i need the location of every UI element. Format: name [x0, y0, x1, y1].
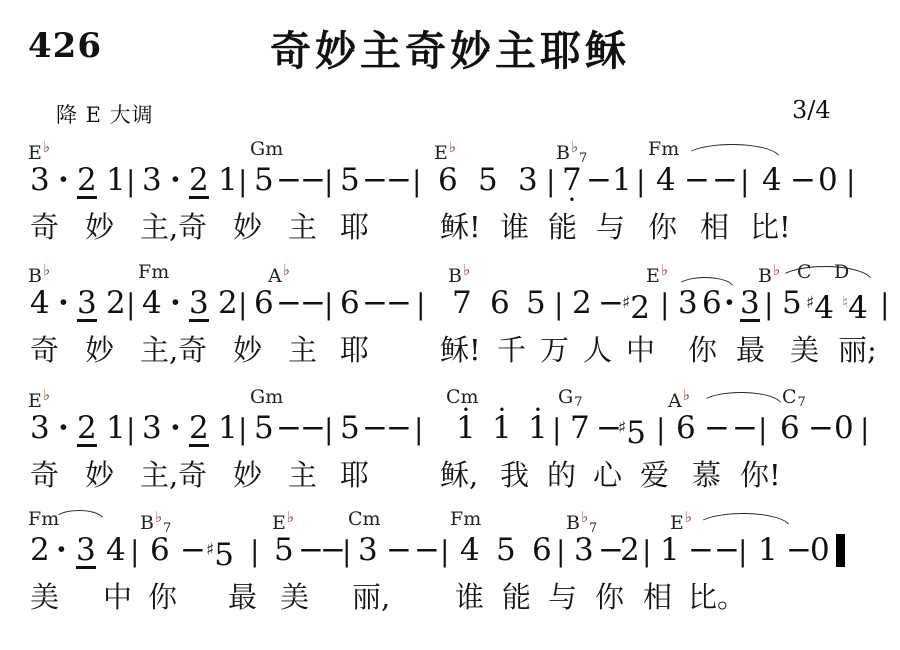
- duration-dot: ·: [170, 410, 181, 446]
- note-number: 3: [76, 535, 96, 569]
- lyric-syllable: 奇: [178, 210, 207, 244]
- barline: |: [556, 534, 565, 570]
- note-number: 3: [142, 162, 162, 198]
- note: 3: [30, 410, 50, 446]
- note-number: −: [714, 532, 740, 568]
- note-number: 5: [274, 532, 294, 568]
- note: 2: [620, 532, 640, 568]
- system-3: E♭GmCmG7A♭C73·21|3·21|5−−|5−−|1•1•1•|7−♯…: [0, 388, 900, 500]
- note-number: 2: [30, 532, 50, 568]
- chord-suffix: 7: [798, 395, 806, 410]
- sustain-dash: −: [300, 410, 326, 446]
- octave-dot-high: •: [534, 404, 541, 416]
- barline: |: [552, 412, 561, 448]
- flat-icon: ♭: [43, 138, 50, 156]
- note-number: 5: [340, 162, 360, 198]
- system-1: E♭GmE♭B♭7Fm3·21|3·21|5−−|5−−|653|7•−1|4−…: [0, 140, 900, 252]
- note-number: 4: [656, 162, 676, 198]
- slur-arc: [54, 510, 104, 520]
- note: 5: [274, 532, 294, 568]
- note: 2: [30, 532, 50, 568]
- note-number: 3: [358, 532, 378, 568]
- sustain-dash: −: [362, 410, 388, 446]
- sharp-icon: ♯: [806, 293, 814, 313]
- chord-label: E♭: [434, 138, 456, 164]
- note-number: −: [704, 410, 730, 446]
- lyric-syllable: 耶: [340, 210, 369, 244]
- note-number: ·: [170, 162, 181, 198]
- note-number: |: [660, 287, 669, 323]
- flat-icon: ♭: [155, 508, 162, 526]
- note: 4: [460, 532, 480, 568]
- lyric-syllable: 谁: [455, 580, 484, 614]
- note-number: |: [846, 164, 855, 200]
- note-number: 1: [612, 162, 632, 198]
- time-signature: 3/4: [792, 96, 831, 124]
- note-number: 3: [678, 285, 698, 321]
- lyric-syllable: 奇: [178, 458, 207, 492]
- system-4: FmB♭7E♭CmFmB♭7E♭2·34|6−♯5|5−−|3−−|456|3−…: [0, 510, 900, 622]
- note-number: 5: [496, 532, 516, 568]
- octave-dot-high: •: [462, 404, 469, 416]
- note: 7: [570, 410, 590, 446]
- sustain-dash: −: [362, 162, 388, 198]
- lyric-syllable: 妙: [233, 458, 262, 492]
- hymn-title: 奇妙主奇妙主耶稣: [0, 18, 900, 77]
- note-number: |: [860, 412, 869, 448]
- flat-icon: ♭: [43, 261, 50, 279]
- duration-dot: ·: [724, 285, 735, 321]
- note-number: |: [324, 412, 333, 448]
- note: 6: [150, 532, 170, 568]
- lyric-syllable: 耶: [340, 333, 369, 367]
- barline: |: [324, 412, 333, 448]
- note: 3: [76, 532, 96, 569]
- chord-label: E♭: [646, 261, 668, 287]
- flat-icon: ♭: [661, 261, 668, 279]
- sharp-icon: ♯: [206, 540, 214, 560]
- barline: |: [324, 287, 333, 323]
- barline: |: [238, 287, 247, 323]
- note-number: |: [130, 534, 139, 570]
- note-number: |: [324, 164, 333, 200]
- lyric-syllable: 丽,: [352, 580, 390, 614]
- chord-label: Fm: [648, 138, 679, 160]
- barline: |: [440, 534, 449, 570]
- note-number: 5: [340, 410, 360, 446]
- note: 2: [77, 162, 97, 199]
- duration-dot: ·: [58, 410, 69, 446]
- chord-label: Fm: [138, 261, 169, 283]
- barline: |: [126, 287, 135, 323]
- note: 5: [254, 162, 274, 198]
- lyric-syllable: 与: [596, 210, 625, 244]
- note: 3: [518, 162, 538, 198]
- note-number: |: [238, 164, 247, 200]
- sustain-dash: −: [276, 285, 302, 321]
- lyric-syllable: 主: [288, 333, 317, 367]
- note-number: ·: [58, 410, 69, 446]
- lyric-syllable: 美: [30, 580, 59, 614]
- note-number: 0: [818, 162, 838, 198]
- note-number: ·: [58, 285, 69, 321]
- note: ♯4: [806, 285, 834, 326]
- sustain-dash: −: [790, 162, 816, 198]
- note-number: 6: [150, 532, 170, 568]
- barline: |: [414, 412, 423, 448]
- lyric-syllable: 万: [540, 333, 569, 367]
- note-number: 0: [810, 532, 830, 568]
- note: 3: [30, 162, 50, 198]
- note-number: −: [386, 410, 412, 446]
- note: 6: [702, 285, 722, 321]
- sustain-dash: −: [276, 162, 302, 198]
- note-number: −: [300, 410, 326, 446]
- note: 1•: [528, 410, 548, 446]
- lyric-syllable: 妙: [85, 458, 114, 492]
- lyric-syllable: 妙: [233, 210, 262, 244]
- lyric-syllable: 主: [288, 458, 317, 492]
- note-number: 3: [189, 288, 209, 322]
- slur-arc: [684, 144, 780, 158]
- note-number: |: [126, 412, 135, 448]
- note-number: −: [386, 162, 412, 198]
- flat-icon: ♭: [581, 508, 588, 526]
- chord-label: E♭: [28, 138, 50, 164]
- lyric-syllable: 妙: [233, 333, 262, 367]
- note: 3: [189, 285, 209, 322]
- lyric-syllable: 与: [548, 580, 577, 614]
- note: 1: [758, 532, 778, 568]
- note-number: |: [412, 164, 421, 200]
- lyric-syllable: 能: [548, 210, 577, 244]
- note: 3: [740, 285, 760, 322]
- barline: |: [342, 534, 351, 570]
- note-number: |: [126, 164, 135, 200]
- lyric-syllable: 丽;: [838, 333, 877, 367]
- note-number: ·: [170, 285, 181, 321]
- note-number: 2: [218, 285, 238, 321]
- flat-icon: ♭: [463, 261, 470, 279]
- system-2: B♭FmA♭B♭E♭B♭CD4·32|4·32|6−−|6−−|765|2−♯2…: [0, 263, 900, 375]
- note-number: 3: [30, 410, 50, 446]
- lyric-syllable: 你!: [740, 458, 781, 492]
- note: 6: [780, 410, 800, 446]
- note-number: −: [386, 285, 412, 321]
- lyric-syllable: 的: [547, 458, 576, 492]
- note-number: 2: [572, 285, 592, 321]
- chord-label: E♭: [670, 508, 692, 534]
- duration-dot: ·: [58, 285, 69, 321]
- barline: |: [758, 412, 767, 448]
- note-number: |: [656, 412, 665, 448]
- note: 5: [340, 410, 360, 446]
- note-number: |: [764, 287, 773, 323]
- sharp-icon: ♯: [618, 418, 626, 438]
- barline: |: [660, 287, 669, 323]
- note: ♯5: [206, 532, 234, 573]
- lyric-syllable: 奇: [30, 458, 59, 492]
- note-number: 3: [740, 288, 760, 322]
- lyric-syllable: 比!: [750, 210, 791, 244]
- note: 6: [532, 532, 552, 568]
- note-number: 7: [570, 410, 590, 446]
- note: 2: [572, 285, 592, 321]
- note-number: |: [126, 287, 135, 323]
- sustain-dash: −: [276, 410, 302, 446]
- note-number: −: [414, 532, 440, 568]
- note-number: 6: [702, 285, 722, 321]
- note: 6: [490, 285, 510, 321]
- note-number: 5: [214, 537, 234, 573]
- note-number: −: [386, 532, 412, 568]
- note: 6: [676, 410, 696, 446]
- barline: |: [546, 164, 555, 200]
- barline: |: [238, 412, 247, 448]
- note-number: |: [324, 287, 333, 323]
- note: 3: [77, 285, 97, 322]
- note-number: 6: [340, 285, 360, 321]
- chord-label: Gm: [250, 138, 283, 160]
- lyric-syllable: 稣!: [440, 210, 481, 244]
- sustain-dash: −: [688, 532, 714, 568]
- lyric-syllable: 你: [648, 210, 677, 244]
- note-number: 4: [814, 290, 834, 326]
- lyric-syllable: 比。: [688, 580, 746, 614]
- note: 1•: [456, 410, 476, 446]
- sustain-dash: −: [808, 410, 834, 446]
- lyric-syllable: 爱: [640, 458, 669, 492]
- lyric-syllable: 耶: [340, 458, 369, 492]
- sustain-dash: −: [684, 162, 710, 198]
- note-number: 0: [834, 410, 854, 446]
- duration-dot: ·: [56, 532, 67, 568]
- note: 2: [218, 285, 238, 321]
- key-signature: 降 E 大调: [56, 99, 154, 129]
- flat-icon: ♭: [43, 386, 50, 404]
- lyric-syllable: 稣,: [440, 458, 478, 492]
- chord-label: B♭: [758, 261, 780, 287]
- barline: |: [126, 164, 135, 200]
- note-number: 3: [142, 410, 162, 446]
- note-number: −: [598, 285, 624, 321]
- lyric-syllable: 美: [790, 333, 819, 367]
- note: 1: [218, 162, 238, 198]
- note-number: 1: [106, 410, 126, 446]
- barline: |: [740, 164, 749, 200]
- note-number: −: [276, 285, 302, 321]
- note-number: ·: [170, 410, 181, 446]
- note-number: 1: [660, 532, 680, 568]
- note: 5: [340, 162, 360, 198]
- note-number: −: [276, 162, 302, 198]
- note-number: |: [414, 412, 423, 448]
- note-number: −: [180, 532, 206, 568]
- lyric-syllable: 美: [280, 580, 309, 614]
- sustain-dash: −: [786, 532, 812, 568]
- lyric-syllable: 你: [688, 333, 717, 367]
- sustain-dash: −: [598, 285, 624, 321]
- note: 4: [762, 162, 782, 198]
- note-number: −: [712, 162, 738, 198]
- chord-label: B♭: [448, 261, 470, 287]
- note-number: 1: [218, 410, 238, 446]
- note-number: 2: [189, 165, 209, 199]
- note-number: |: [440, 534, 449, 570]
- note-number: 4: [460, 532, 480, 568]
- note-number: 2: [630, 290, 650, 326]
- lyric-syllable: 主: [288, 210, 317, 244]
- barline: |: [860, 412, 869, 448]
- note: 2: [189, 162, 209, 199]
- lyric-syllable: 最: [228, 580, 257, 614]
- barline: |: [324, 164, 333, 200]
- note-number: |: [416, 287, 425, 323]
- note-number: 1: [218, 162, 238, 198]
- slur-arc: [700, 392, 782, 405]
- note-number: 2: [106, 285, 126, 321]
- chord-label: A♭: [668, 386, 690, 412]
- note: 1: [106, 162, 126, 198]
- note-number: |: [642, 534, 651, 570]
- note-number: 1: [106, 162, 126, 198]
- barline: |: [846, 164, 855, 200]
- note-number: −: [790, 162, 816, 198]
- note: 4: [30, 285, 50, 321]
- note-number: −: [586, 162, 612, 198]
- note-number: 5: [626, 415, 646, 451]
- barline: |: [130, 534, 139, 570]
- sustain-dash: −: [712, 162, 738, 198]
- sustain-dash: −: [362, 285, 388, 321]
- note: 5: [478, 162, 498, 198]
- chord-label: E♭: [272, 508, 294, 534]
- note-number: 2: [77, 165, 97, 199]
- sustain-dash: −: [704, 410, 730, 446]
- barline: |: [738, 534, 747, 570]
- note: ♮4: [842, 285, 868, 326]
- lyric-syllable: 千: [497, 333, 526, 367]
- barline: |: [412, 164, 421, 200]
- note: ♯5: [618, 410, 646, 451]
- lyric-syllable: 主,: [140, 210, 178, 244]
- note-number: |: [758, 412, 767, 448]
- note-number: −: [276, 410, 302, 446]
- note-number: 5: [254, 410, 274, 446]
- note-number: |: [250, 534, 259, 570]
- note: 6: [340, 285, 360, 321]
- chord-label: Cm: [348, 508, 381, 530]
- note-number: 6: [254, 285, 274, 321]
- final-barline: [836, 534, 845, 567]
- lyric-syllable: 谁: [500, 210, 529, 244]
- barline: |: [880, 287, 889, 323]
- lyric-syllable: 你: [595, 580, 624, 614]
- sustain-dash: −: [180, 532, 206, 568]
- sustain-dash: −: [732, 410, 758, 446]
- lyric-syllable: 妙: [85, 210, 114, 244]
- note-number: −: [300, 162, 326, 198]
- slur-arc: [778, 266, 872, 281]
- lyric-syllable: 奇: [178, 333, 207, 367]
- note-number: |: [880, 287, 889, 323]
- lyric-syllable: 中: [626, 333, 655, 367]
- flat-icon: ♭: [685, 508, 692, 526]
- note-number: 4: [848, 290, 868, 326]
- lyric-syllable: 奇: [30, 333, 59, 367]
- barline: |: [656, 412, 665, 448]
- note: 4: [106, 532, 126, 568]
- note: 0: [810, 532, 830, 568]
- sharp-icon: ♯: [622, 293, 630, 313]
- note-number: 1: [758, 532, 778, 568]
- note-number: 6: [780, 410, 800, 446]
- note: 6: [438, 162, 458, 198]
- note-number: |: [636, 164, 645, 200]
- barline: |: [126, 412, 135, 448]
- note: 1: [612, 162, 632, 198]
- lyric-syllable: 主,: [140, 458, 178, 492]
- lyric-syllable: 心: [593, 458, 622, 492]
- note-number: |: [552, 412, 561, 448]
- note-number: 4: [106, 532, 126, 568]
- duration-dot: ·: [58, 162, 69, 198]
- slur-arc: [696, 513, 790, 527]
- note-number: 3: [574, 532, 594, 568]
- note: 7: [452, 285, 472, 321]
- duration-dot: ·: [170, 285, 181, 321]
- note-number: |: [740, 164, 749, 200]
- sustain-dash: −: [300, 162, 326, 198]
- note-number: 5: [254, 162, 274, 198]
- lyric-syllable: 慕: [692, 458, 721, 492]
- note-number: 7: [452, 285, 472, 321]
- note: 3: [574, 532, 594, 568]
- note-number: |: [238, 287, 247, 323]
- note: 3: [678, 285, 698, 321]
- note: 3: [358, 532, 378, 568]
- note: 3: [142, 162, 162, 198]
- note-number: |: [556, 534, 565, 570]
- lyric-syllable: 相: [700, 210, 729, 244]
- note: 0: [834, 410, 854, 446]
- note: 1: [106, 410, 126, 446]
- chord-label: E♭: [28, 386, 50, 412]
- note-number: −: [684, 162, 710, 198]
- lyric-syllable: 能: [502, 580, 531, 614]
- note-number: 2: [189, 413, 209, 447]
- note-number: 5: [526, 285, 546, 321]
- note: ♯2: [622, 285, 650, 326]
- barline: |: [642, 534, 651, 570]
- note: 5: [496, 532, 516, 568]
- note: 5: [782, 285, 802, 321]
- note: 5: [254, 410, 274, 446]
- note-number: |: [738, 534, 747, 570]
- note-number: |: [546, 164, 555, 200]
- note: 4: [142, 285, 162, 321]
- lyric-syllable: 相: [643, 580, 672, 614]
- barline: |: [764, 287, 773, 323]
- barline: |: [636, 164, 645, 200]
- note-number: |: [238, 412, 247, 448]
- note-number: 6: [532, 532, 552, 568]
- note-number: −: [362, 410, 388, 446]
- barline: |: [238, 164, 247, 200]
- note-number: 3: [30, 162, 50, 198]
- sustain-dash: −: [386, 162, 412, 198]
- chord-label: Fm: [450, 508, 481, 530]
